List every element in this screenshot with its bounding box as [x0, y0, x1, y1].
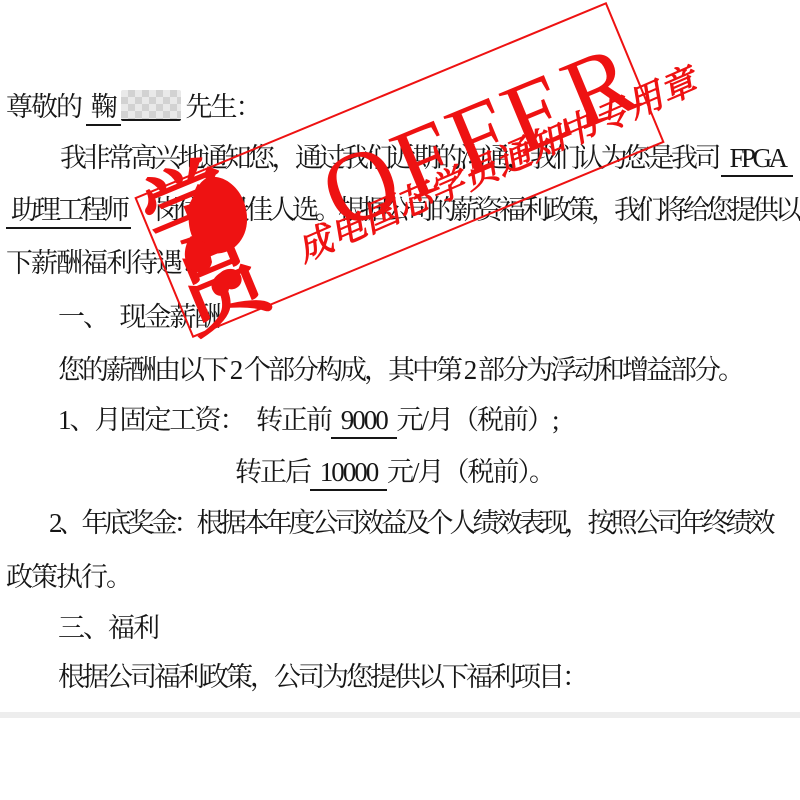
- document-line-1: 尊敬的 鞠 先生：: [6, 90, 261, 124]
- text-run: 元/月（税前）;: [397, 405, 558, 435]
- text-run: 先生：: [181, 92, 261, 122]
- redacted-name-mosaic: [121, 90, 181, 121]
- document-line-9: 2、年底奖金：根据本年度公司效益及个人绩效表现，按照公司年终绩效: [49, 506, 772, 540]
- text-run: 转正后: [235, 457, 310, 487]
- text-run: 2、年底奖金：根据本年度公司效益及个人绩效表现，按照公司年终绩效: [49, 508, 772, 538]
- document-line-12: 根据公司福利政策，公司为您提供以下福利项目：: [58, 660, 586, 694]
- document-line-10: 政策执行。: [6, 560, 131, 594]
- page-root: { "page": { "background": "#ffffff", "in…: [0, 0, 800, 800]
- document-page: 尊敬的 鞠 先生：我非常高兴地通知您，通过我们近期的沟通，我们认为您是我司 FP…: [0, 0, 800, 800]
- document-line-6: 您的薪酬由以下 2 个部分构成，其中第 2 部分为浮动和增益部分。: [58, 353, 742, 387]
- underlined-fill-in: 10000: [310, 457, 387, 491]
- underlined-fill-in: 助理工程师: [6, 195, 131, 229]
- text-run: 1、月固定工资： 转正前: [58, 405, 331, 435]
- text-run: 政策执行。: [6, 562, 131, 592]
- text-run: 根据公司福利政策，公司为您提供以下福利项目：: [58, 662, 586, 692]
- underlined-fill-in: 9000: [331, 405, 397, 439]
- page-separator: [0, 712, 800, 718]
- document-line-11: 三、福利: [58, 611, 158, 645]
- text-run: 三、福利: [58, 613, 158, 643]
- underlined-fill-in: FPGA: [721, 143, 793, 177]
- document-line-8: 转正后 10000 元/月（税前）。: [235, 455, 554, 489]
- text-run: 元/月（税前）。: [387, 457, 554, 487]
- megaphone-shape: [185, 177, 247, 296]
- megaphone-icon: [183, 176, 271, 300]
- underlined-fill-in: 鞠: [86, 92, 121, 126]
- text-run: 您的薪酬由以下 2 个部分构成，其中第 2 部分为浮动和增益部分。: [58, 355, 742, 385]
- text-run: 尊敬的: [6, 92, 86, 122]
- document-line-7: 1、月固定工资： 转正前 9000 元/月（税前）;: [58, 403, 558, 437]
